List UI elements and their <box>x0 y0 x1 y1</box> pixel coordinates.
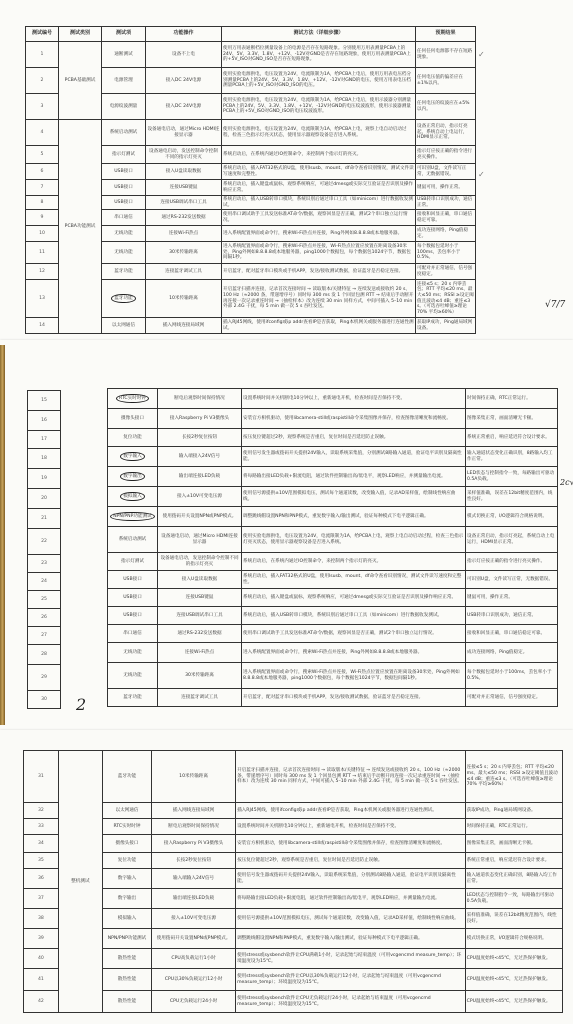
table-row: 28 <box>28 645 61 665</box>
function-operation-cell: 输出端连接LED负载 <box>158 467 242 487</box>
test-id-cell: 17 <box>28 431 61 449</box>
function-operation-cell: 输入端接入24V信号 <box>158 447 242 467</box>
function-operation-cell: CPU以30%负载运行12小时 <box>152 969 236 991</box>
test-item-cell: 摄像头接口 <box>108 409 158 429</box>
test-item-cell: NPN/PNP功能测试 <box>108 507 158 527</box>
test-category-cell: PCBA功能测试 <box>59 120 102 334</box>
test-id-cell: 6 <box>26 164 59 180</box>
expected-result-cell: 指示灯应按正确的指令进行亮灭操作。 <box>466 553 558 571</box>
test-id-cell: 32 <box>24 803 59 819</box>
expected-result-cell: 键鼠可用，操作正常。 <box>416 180 476 196</box>
table-row: 系统启动测试设备通电启动，通过Micro HDMI连接显示器使用实验电源供电，电… <box>108 527 558 553</box>
table-row: USB接口连接USB键鼠系统启动后，插入键盘或鼠标，观察系统响应，可通过dmes… <box>108 589 558 607</box>
test-item-cell: 系统启动测试 <box>102 120 146 146</box>
circled-annotation: 数字输入 <box>120 452 144 462</box>
function-operation-cell: 连接Wi-Fi热点 <box>158 643 242 663</box>
table-row: 蓝牙功能连接蓝牙调试工具开启蓝牙，配对蓝牙串口模块或手机APP，发送/接收测试数… <box>108 689 558 707</box>
test-method-cell: 进入系统配置界面或命令行，搜索Wi-Fi热点并连接，Wi-Fi热点位置应放置在距… <box>222 242 416 264</box>
check-mark: ✓ <box>478 50 485 59</box>
expected-result-cell: 接收和回显正确，串口通信稳定可靠。 <box>466 625 558 643</box>
expected-result-cell: LED状态与控制指令一致，每路输出可驱动0.5A负载。 <box>466 467 558 487</box>
test-item-cell: 以太网通信 <box>102 803 151 819</box>
test-item-cell: 数字输出 <box>102 889 151 909</box>
table-row: 21 <box>28 509 61 529</box>
test-method-cell: 系统启动后，插入键盘或鼠标，观察系统响应，可通过dmesg或实际交互验证是否识别… <box>222 180 416 196</box>
table-row: 复位功能长按2秒复位按钮按压复位键超过2秒，观察系统是否重启，复位时间是否延迟防… <box>108 429 558 447</box>
test-id-cell: 10 <box>26 226 59 242</box>
test-id-cell: 13 <box>26 280 59 318</box>
table-row: 32以太网通信插入网线连接局域网插入RJ45网线，使用ifconfig或ip a… <box>24 803 563 819</box>
test-method-cell: 使用信号发生器或拨码开关提供24V输入，读取系统采集值，分别测试8路输入通道，验… <box>242 447 466 467</box>
expected-result-cell: 设备正常启动，指示灯亮起，系统自动上电运行，HDMI显示正常。 <box>466 527 558 553</box>
test-method-cell: 使用信号源提供±10V范围模拟电压，测试每个通道读数，改变输入值，记录AD采样值… <box>236 909 466 929</box>
function-operation-cell: 连接Wi-Fi热点 <box>146 226 222 242</box>
test-method-cell: 使用信号发生器或拨码开关提供24V输入，读取系统采集值，分别测试8路输入通道，验… <box>236 869 466 889</box>
function-operation-cell: 接入Raspberry Pi V3摄像头 <box>158 409 242 429</box>
expected-result-cell: 任何电压值的偏差应在±1%以内。 <box>416 68 476 94</box>
table-row: 数字输入输入端接入24V信号使用信号发生器或拨码开关提供24V输入，读取系统采集… <box>108 447 558 467</box>
table-row: 27 <box>28 627 61 645</box>
test-id-cell: 12 <box>26 264 59 280</box>
table-row: 41散热性能CPU以30%负载运行12小时使用stress或sysbench软件… <box>24 969 563 991</box>
expected-result-cell: 时间保持正确，RTC正常运行。 <box>465 819 562 835</box>
function-operation-cell: 接入±10V可变电压源 <box>152 909 236 929</box>
function-operation-cell: 连接USB调试串口工具 <box>158 607 242 625</box>
test-item-cell: 蓝牙功能 <box>108 689 158 707</box>
expected-result-cell: 获取IP成功，Ping通局域网设备。 <box>465 803 562 819</box>
expected-result-cell: 输入通道状态变化正确识别，8路输入均工作正常。 <box>466 447 558 467</box>
test-item-cell: 无线功能 <box>102 242 146 264</box>
function-operation-cell: 输出端连接LED负载 <box>152 889 236 909</box>
table-row: 无线功能连接Wi-Fi热点进入系统配置界面或命令行，搜索Wi-Fi热点并连接，P… <box>108 643 558 663</box>
expected-result-cell: 接收和回显正确，串口通信稳定可靠。 <box>416 210 476 226</box>
test-method-cell: 按压复位键超过2秒，观察系统是否重启，复位时间是否延迟防止误触。 <box>242 429 466 447</box>
check-mark: ✓ <box>478 170 485 179</box>
test-method-cell: 系统启动后，插入USB转串口模块，系统识别后通过串口工具（如minicom）进行… <box>222 196 416 210</box>
function-operation-cell: 连接蓝牙调试工具 <box>146 264 222 280</box>
test-id-cell: 18 <box>28 449 61 469</box>
function-operation-cell: 长按2秒复位按钮 <box>158 429 242 447</box>
test-item-cell: 蓝牙功能 <box>102 264 146 280</box>
header-test-item: 测试项 <box>102 27 146 42</box>
test-item-cell: 蓝牙功能 <box>102 751 151 803</box>
test-method-cell: 使用stress或sysbench软件让CPU无负载运行24小时，记录起始与结束… <box>236 991 466 1013</box>
test-table-page-2: RTC实时时钟断电后观察时间保持情况设置系统时间并关机断电10分钟以上，重新通电… <box>107 388 558 707</box>
expected-result-cell: 设备正常启动，指示灯亮起，系统自动上电运行，HDMI显示正常。 <box>416 120 476 146</box>
function-operation-cell: 插入网线连接局域网 <box>146 318 222 334</box>
test-id-cell: 23 <box>28 555 61 573</box>
test-item-cell: 模拟输入 <box>108 487 158 507</box>
test-method-cell: 系统启动后，在系统内通过IO控制命令，来控制两个指示灯的亮灭。 <box>222 146 416 164</box>
test-item-cell: 无线功能 <box>102 226 146 242</box>
test-method-cell: 系统启动后，在系统内通过IO控制命令，来控制两个指示灯的亮灭。 <box>242 553 466 571</box>
expected-result-cell: 系统正常重启，响应延迟符合设计要求。 <box>465 853 562 869</box>
function-operation-cell: 断电后观察时间保持情况 <box>158 389 242 409</box>
test-method-cell: 系统启动后，插入FAT32格式的U盘，使用lsusb、mount、df命令查看识… <box>222 164 416 180</box>
test-item-cell: 散热性能 <box>102 991 151 1013</box>
expected-result-cell: LED状态与控制指令一致，每路输出可驱动0.5A负载。 <box>465 889 562 909</box>
function-operation-cell: 接入DC 24V电源 <box>146 68 222 94</box>
handwritten-page-number: 2 <box>76 695 86 714</box>
test-id-cell: 38 <box>24 909 59 929</box>
function-operation-cell: 接入DC 24V电源 <box>146 94 222 120</box>
test-item-cell: 以太网通信 <box>102 318 146 334</box>
table-row: 34摄像头接口接入Raspberry Pi V3摄像头安装官方相机驱动，使用li… <box>24 835 563 853</box>
table-row: 15 <box>28 391 61 411</box>
test-id-cell: 41 <box>24 969 59 991</box>
function-operation-cell: 30米传输距离 <box>158 663 242 689</box>
table-row: 17 <box>28 431 61 449</box>
expected-result-cell: 任何任何电源都不存在短路现象。 <box>416 42 476 68</box>
test-method-cell: 插入RJ45网线，使用ifconfig或ip addr查看IP是否获取，Ping… <box>236 803 466 819</box>
function-operation-cell: 连接USB键鼠 <box>158 589 242 607</box>
test-item-cell: 指示灯测试 <box>108 553 158 571</box>
expected-result-cell: 成功连接网络，Ping值稳定。 <box>466 643 558 663</box>
test-id-cell: 34 <box>24 835 59 853</box>
test-id-cell: 26 <box>28 609 61 627</box>
function-operation-cell: 设备通电启动，通过Micro HDMI连接显示器 <box>158 527 242 553</box>
test-method-cell: 安装官方相机驱动，使用libcamera-still或raspistill命令采… <box>236 835 466 853</box>
expected-result-cell: 每个数据包延时小于100ms，丢包率小于0.5%。 <box>466 663 558 689</box>
function-operation-cell: 通过RS-232发送数据 <box>146 210 222 226</box>
test-id-cell: 15 <box>28 391 61 411</box>
expected-result-cell: 图像采集正常，画面清晰无卡顿。 <box>465 835 562 853</box>
test-method-cell: 系统启动后，插入FAT32格式的U盘，使用lsusb、mount、df命令查看识… <box>242 571 466 589</box>
function-operation-cell: 连接USB调试串口工具 <box>146 196 222 210</box>
test-id-cell: 16 <box>28 411 61 431</box>
test-item-cell: RTC实时时钟 <box>102 819 151 835</box>
circled-annotation: RTC实时时钟 <box>116 394 149 404</box>
test-method-cell: 进入系统配置界面或命令行，搜索Wi-Fi热点并连接，Ping外网如8.8.8.8… <box>242 643 466 663</box>
test-method-cell: 系统启动后，插入USB转串口模块，系统识别后通过串口工具（如minicom）进行… <box>242 607 466 625</box>
expected-result-cell: 指示灯应按正确的指令进行亮灭操作。 <box>416 146 476 164</box>
test-item-cell: USB接口 <box>102 196 146 210</box>
table-row: 39NPN/PNP功能测试使用拨码开关设置NPN或PNP模式。调整跳线帽设置NP… <box>24 929 563 949</box>
test-id-cell: 35 <box>24 853 59 869</box>
function-operation-cell: 设备通电启动，发送控制命令控制不同的指示灯亮灭 <box>146 146 222 164</box>
test-item-cell: NPN/PNP功能测试 <box>102 929 151 949</box>
test-id-cell: 24 <box>28 573 61 591</box>
test-item-cell: 系统启动测试 <box>108 527 158 553</box>
test-item-cell: 摄像头接口 <box>102 835 151 853</box>
test-item-cell: 电源管理 <box>102 68 146 94</box>
test-id-cell: 21 <box>28 509 61 529</box>
expected-result-cell: 模式切换正常，I/O逻辑符合规格说明。 <box>465 929 562 949</box>
test-method-cell: 将每路输出接LED负载+限流电阻，通过软件控制输出高/低电平，观察LED响应，并… <box>242 467 466 487</box>
test-id-cell: 30 <box>28 691 61 709</box>
table-row: NPN/PNP功能测试使用拨码开关设置NPN或PNP模式。调整跳线帽设置NPN和… <box>108 507 558 527</box>
test-item-cell: USB接口 <box>108 589 158 607</box>
test-id-cell: 20 <box>28 489 61 509</box>
function-operation-cell: 接入±10V可变电压源 <box>158 487 242 507</box>
function-operation-cell: CPU无负载运行24小时 <box>152 991 236 1013</box>
test-id-cell: 19 <box>28 469 61 489</box>
expected-result-cell: 可识别U盘，文件读写正常，无数据错误。 <box>416 164 476 180</box>
table-row: 20 <box>28 489 61 509</box>
header-test-category: 测试类别 <box>59 27 102 42</box>
expected-result-cell: CPU温度始终<45℃，无过热保护触发。 <box>465 969 562 991</box>
test-method-cell: 调整跳线帽设置NPN和PNP模式，重复数字输入/输出测试，验证每种模式下电平逻辑… <box>236 929 466 949</box>
circled-annotation: 数字输出 <box>120 472 144 482</box>
function-operation-cell: 接入Raspberry Pi V3摄像头 <box>152 835 236 853</box>
handwritten-note: 2c√ <box>560 478 573 487</box>
test-id-cell: 28 <box>28 645 61 665</box>
expected-result-cell: CPU温度始终<45℃，无过热保护触发。 <box>465 991 562 1013</box>
test-item-cell: 散热性能 <box>102 969 151 991</box>
test-method-cell: 进入系统配置界面或命令行，搜索Wi-Fi热点并连接，Wi-Fi热点位置应放置在距… <box>242 663 466 689</box>
table-row: 串口通信通过RS-232发送数据使用串口调试助手工具发送标准AT命令/数据，观察… <box>108 625 558 643</box>
test-id-cell: 25 <box>28 591 61 609</box>
expected-result-cell: 模式切换正常，I/O逻辑符合规格说明。 <box>466 507 558 527</box>
table-row: 数字输出输出端连接LED负载将每路输出接LED负载+限流电阻，通过软件控制输出高… <box>108 467 558 487</box>
header-test-id: 测试编号 <box>26 27 59 42</box>
expected-result-cell: USB转串口识别成功，通信正常。 <box>466 607 558 625</box>
test-item-cell: 无线功能 <box>108 663 158 689</box>
table-row: 指示灯测试设备通电启动，发送控制命令控制不同的指示灯亮灭系统启动后，在系统内通过… <box>108 553 558 571</box>
expected-result-cell: 每个数据包延时小于100ms，丢包率小于0.5%。 <box>416 242 476 264</box>
test-method-cell: 使用串口调试助手工具发送标准AT命令/数据，观察回显是否正确，测试2个串口独立运… <box>222 210 416 226</box>
header-test-method: 测试方法（详细步骤） <box>222 27 416 42</box>
function-operation-cell: 10米传输距离 <box>152 751 236 803</box>
test-method-cell: 使用万用表通断档位测量设备上的电源是否存在短路现象。分别使用万用表测量PCBA上… <box>222 42 416 68</box>
test-method-cell: 开启蓝牙，配对蓝牙串口模块或手机APP，发送/接收测试数据，验证蓝牙是否稳定连接… <box>222 264 416 280</box>
table-row: 模拟输入接入±10V可变电压源使用信号源提供±10V范围模拟电压，测试每个通道读… <box>108 487 558 507</box>
test-item-cell: 数字输入 <box>108 447 158 467</box>
test-id-cell: 31 <box>24 751 59 803</box>
expected-result-cell: 任何电压的纹波应在±5%以内。 <box>416 94 476 120</box>
test-table-page-1: 测试编号 测试类别 测试项 功能操作 测试方法（详细步骤） 预期结果 1PCBA… <box>25 26 476 334</box>
table-row: 37数字输出输出端连接LED负载将每路输出接LED负载+限流电阻，通过软件控制输… <box>24 889 563 909</box>
test-method-cell: 进入系统配置界面或命令行，搜索Wi-Fi热点并连接，Ping外网如8.8.8.8… <box>222 226 416 242</box>
test-method-cell: 调整跳线帽设置NPN和PNP模式，重复数字输入/输出测试，验证每种模式下电平逻辑… <box>242 507 466 527</box>
test-id-cell: 27 <box>28 627 61 645</box>
test-id-cell: 36 <box>24 869 59 889</box>
table-row: USB接口连接USB调试串口工具系统启动后，插入USB转串口模块，系统识别后通过… <box>108 607 558 625</box>
circled-annotation: 模拟输入 <box>120 492 144 502</box>
function-operation-cell: 设备通电启动，发送控制命令控制不同的指示灯亮灭 <box>158 553 242 571</box>
test-item-cell: 串口通信 <box>102 210 146 226</box>
test-method-cell: 安装官方相机驱动，使用libcamera-still或raspistill命令采… <box>242 409 466 429</box>
test-method-cell: 设置系统时间并关机断电10分钟以上，重新通电开机，检查时间是否保持不变。 <box>236 819 466 835</box>
function-operation-cell: 通过RS-232发送数据 <box>158 625 242 643</box>
test-item-cell: 模拟输入 <box>102 909 151 929</box>
function-operation-cell: 连接蓝牙调试工具 <box>158 689 242 707</box>
table-header-row: 测试编号 测试类别 测试项 功能操作 测试方法（详细步骤） 预期结果 <box>26 27 476 42</box>
table-row: 19 <box>28 469 61 489</box>
circled-annotation: 蓝牙功能 <box>111 294 135 304</box>
function-operation-cell: 设备不上电 <box>146 42 222 68</box>
test-method-cell: 开启蓝牙扫描并连接，记录首次连接时间 → 读取版本/关键特征 → 连续发送或接收… <box>222 280 416 318</box>
test-id-cell: 3 <box>26 94 59 120</box>
expected-result-cell: 采样值准确，误差在12bit精度范围内，线性良好。 <box>466 487 558 507</box>
table-row: 1PCBA基础测试通断测试设备不上电使用万用表通断档位测量设备上的电源是否存在短… <box>26 42 476 68</box>
test-method-cell: 使用实验电源供电，电压设置为24V，电流限制为1A，给PCBA上电，观察上电自动… <box>242 527 466 553</box>
expected-result-cell: 可配对并正常通信，信号强度稳定。 <box>466 689 558 707</box>
test-id-cell: 14 <box>26 318 59 334</box>
test-category-cell: PCBA基础测试 <box>59 42 102 120</box>
expected-result-cell: 可配对并正常通信，信号强度稳定。 <box>416 264 476 280</box>
header-function-operation: 功能操作 <box>146 27 222 42</box>
test-method-cell: 开启蓝牙扫描并连接，记录首次连接时间 → 读取版本/关键特征 → 连续发送或接收… <box>236 751 466 803</box>
function-operation-cell: 连接USB键鼠 <box>146 180 222 196</box>
test-method-cell: 使用信号源提供±10V范围模拟电压，测试每个通道读数，改变输入值，记录AD采样值… <box>242 487 466 507</box>
function-operation-cell: 插入网线连接局域网 <box>152 803 236 819</box>
test-item-cell: USB接口 <box>102 180 146 196</box>
test-method-cell: 使用实验电源供电，电压设置为24V，电流限制为1A，给PCBA上电后，使用万用表… <box>222 68 416 94</box>
test-id-cell: 1 <box>26 42 59 68</box>
test-method-cell: 使用stress或sysbench软件让CPU满载1小时，记录起始与结束温度（可… <box>236 949 466 969</box>
table-row: 36数字输入输入端输入24V信号使用信号发生器或拨码开关提供24V输入，读取系统… <box>24 869 563 889</box>
table-row: 4PCBA功能测试系统启动测试设备通电启动，通过Micro HDMI连接显示器使… <box>26 120 476 146</box>
table-row: 无线功能30米传输距离进入系统配置界面或命令行，搜索Wi-Fi热点并连接，Wi-… <box>108 663 558 689</box>
test-item-cell: 复位功能 <box>108 429 158 447</box>
expected-result-cell: 连接≤5 s；20 s 内零丢包；RTT 平均≤20 ms、最大≤50 ms；R… <box>416 280 476 318</box>
circled-annotation: NPN/PNP功能测试 <box>110 512 155 522</box>
test-method-cell: 开启蓝牙，配对蓝牙串口模块或手机APP，发送/接收测试数据，验证蓝牙是否稳定连接… <box>242 689 466 707</box>
test-id-cell: 4 <box>26 120 59 146</box>
test-method-cell: 插入RJ45网线，使用ifconfig或ip addr查看IP是否获取，Ping… <box>222 318 416 334</box>
test-id-cell: 9 <box>26 210 59 226</box>
expected-result-cell: USB转串口识别成功，通信正常。 <box>416 196 476 210</box>
test-method-cell: 使用stress或sysbench软件让CPU以30%负载运行12小时，记录起始… <box>236 969 466 991</box>
test-method-cell: 使用串口调试助手工具发送标准AT命令/数据，观察回显是否正确，测试2个串口独立运… <box>242 625 466 643</box>
expected-result-cell: 采样值准确，误差在12bit精度范围内，线性良好。 <box>465 909 562 929</box>
test-item-cell: USB接口 <box>102 164 146 180</box>
table-row: 35复位功能长按2秒复位按钮按压复位键超过2秒，观察系统是否重启，复位时间是否延… <box>24 853 563 869</box>
handwritten-note: √7/7 <box>545 300 565 310</box>
table-row: RTC实时时钟断电后观察时间保持情况设置系统时间并关机断电10分钟以上，重新通电… <box>108 389 558 409</box>
test-id-cell: 7 <box>26 180 59 196</box>
table-row: 25 <box>28 591 61 609</box>
expected-result-cell: 系统正常重启，响应延迟符合设计要求。 <box>466 429 558 447</box>
table-row: 30 <box>28 691 61 709</box>
table-row: 38模拟输入接入±10V可变电压源使用信号源提供±10V范围模拟电压，测试每个通… <box>24 909 563 929</box>
test-id-cell: 39 <box>24 929 59 949</box>
expected-result-cell: 时间保持正确，RTC正常运行。 <box>466 389 558 409</box>
table-row: USB接口接入U盘读取数据系统启动后，插入FAT32格式的U盘，使用lsusb、… <box>108 571 558 589</box>
test-item-cell: 电源纹波测量 <box>102 94 146 120</box>
expected-result-cell: 键鼠可用，操作正常。 <box>466 589 558 607</box>
test-item-cell: 蓝牙功能 <box>102 280 146 318</box>
table-row: 22 <box>28 529 61 555</box>
test-item-cell: USB接口 <box>108 571 158 589</box>
function-operation-cell: 使用拨码开关设置NPN或PNP模式。 <box>152 929 236 949</box>
test-method-cell: 系统启动后，插入键盘或鼠标，观察系统响应，可通过dmesg或实际交互验证是否识别… <box>242 589 466 607</box>
test-item-cell: 串口通信 <box>108 625 158 643</box>
expected-result-cell: 输入通道状态变化正确识别，8路输入均工作正常。 <box>465 869 562 889</box>
function-operation-cell: 30米传输距离 <box>146 242 222 264</box>
function-operation-cell: 设备通电启动，通过Micro HDMI连接显示器 <box>146 120 222 146</box>
test-category-cell: 整机测试 <box>58 751 102 1013</box>
function-operation-cell: CPU高负载运行1小时 <box>152 949 236 969</box>
test-item-cell: 数字输出 <box>108 467 158 487</box>
expected-result-cell: 成功连接网络，Ping值稳定。 <box>416 226 476 242</box>
test-method-cell: 按压复位键超过2秒，观察系统是否重启，复位时间是否延迟防止误触。 <box>236 853 466 869</box>
table-row: 24 <box>28 573 61 591</box>
desk-edge <box>0 345 5 725</box>
test-item-cell: 无线功能 <box>108 643 158 663</box>
expected-result-cell: 图像采集正常，画面清晰无卡顿。 <box>466 409 558 429</box>
test-item-cell: 复位功能 <box>102 853 151 869</box>
function-operation-cell: 使用拨码开关设置NPN或PNP模式。 <box>158 507 242 527</box>
expected-result-cell: CPU温度始终<45℃，无过热保护触发。 <box>465 949 562 969</box>
test-id-cell: 37 <box>24 889 59 909</box>
test-id-cell: 2 <box>26 68 59 94</box>
function-operation-cell: 输入端输入24V信号 <box>152 869 236 889</box>
expected-result-cell: 连接≤5 s；20 s 内零丢包；RTT 平均≤20 ms、最大≤50 ms；R… <box>465 751 562 803</box>
test-item-cell: 指示灯测试 <box>102 146 146 164</box>
test-id-cell: 40 <box>24 949 59 969</box>
function-operation-cell: 断电后观察时间保持情况 <box>152 819 236 835</box>
function-operation-cell: 接入U盘读取数据 <box>146 164 222 180</box>
test-method-cell: 使用实验电源供电，电压设置为24V，电流限制为1A，给PCBA上电，观察上电自动… <box>222 120 416 146</box>
table-row: 40散热性能CPU高负载运行1小时使用stress或sysbench软件让CPU… <box>24 949 563 969</box>
table-row: 16 <box>28 411 61 431</box>
test-item-cell: 数字输入 <box>102 869 151 889</box>
test-id-column-page-2: 15161718192021222324252627282930 <box>27 390 61 709</box>
table-row: 摄像头接口接入Raspberry Pi V3摄像头安装官方相机驱动，使用libc… <box>108 409 558 429</box>
function-operation-cell: 接入U盘读取数据 <box>158 571 242 589</box>
header-expected-result: 预期结果 <box>416 27 476 42</box>
test-item-cell: USB接口 <box>108 607 158 625</box>
expected-result-cell: 获取IP成功，Ping通局域网设备。 <box>416 318 476 334</box>
table-row: 31整机测试蓝牙功能10米传输距离开启蓝牙扫描并连接，记录首次连接时间 → 读取… <box>24 751 563 803</box>
test-method-cell: 将每路输出接LED负载+限流电阻，通过软件控制输出高/低电平，观察LED响应，并… <box>236 889 466 909</box>
test-id-cell: 5 <box>26 146 59 164</box>
test-id-cell: 22 <box>28 529 61 555</box>
test-id-cell: 42 <box>24 991 59 1013</box>
function-operation-cell: 10米传输距离 <box>146 280 222 318</box>
test-table-page-3: 31整机测试蓝牙功能10米传输距离开启蓝牙扫描并连接，记录首次连接时间 → 读取… <box>23 750 563 1013</box>
function-operation-cell: 长按2秒复位按钮 <box>152 853 236 869</box>
test-method-cell: 设置系统时间并关机断电10分钟以上，重新通电开机，检查时间是否保持不变。 <box>242 389 466 409</box>
table-row: 18 <box>28 449 61 469</box>
table-row: 29 <box>28 665 61 691</box>
table-row: 23 <box>28 555 61 573</box>
test-method-cell: 使用实验电源供电，电压设置为24V，电流限制为1A，给PCBA上电后，使用示波器… <box>222 94 416 120</box>
test-item-cell: 通断测试 <box>102 42 146 68</box>
test-id-cell: 11 <box>26 242 59 264</box>
test-id-cell: 8 <box>26 196 59 210</box>
test-item-cell: 散热性能 <box>102 949 151 969</box>
table-row: 26 <box>28 609 61 627</box>
expected-result-cell: 可识别U盘，文件读写正常，无数据错误。 <box>466 571 558 589</box>
test-id-cell: 33 <box>24 819 59 835</box>
table-row: 42散热性能CPU无负载运行24小时使用stress或sysbench软件让CP… <box>24 991 563 1013</box>
test-item-cell: RTC实时时钟 <box>108 389 158 409</box>
table-row: 33RTC实时时钟断电后观察时间保持情况设置系统时间并关机断电10分钟以上，重新… <box>24 819 563 835</box>
test-id-cell: 29 <box>28 665 61 691</box>
